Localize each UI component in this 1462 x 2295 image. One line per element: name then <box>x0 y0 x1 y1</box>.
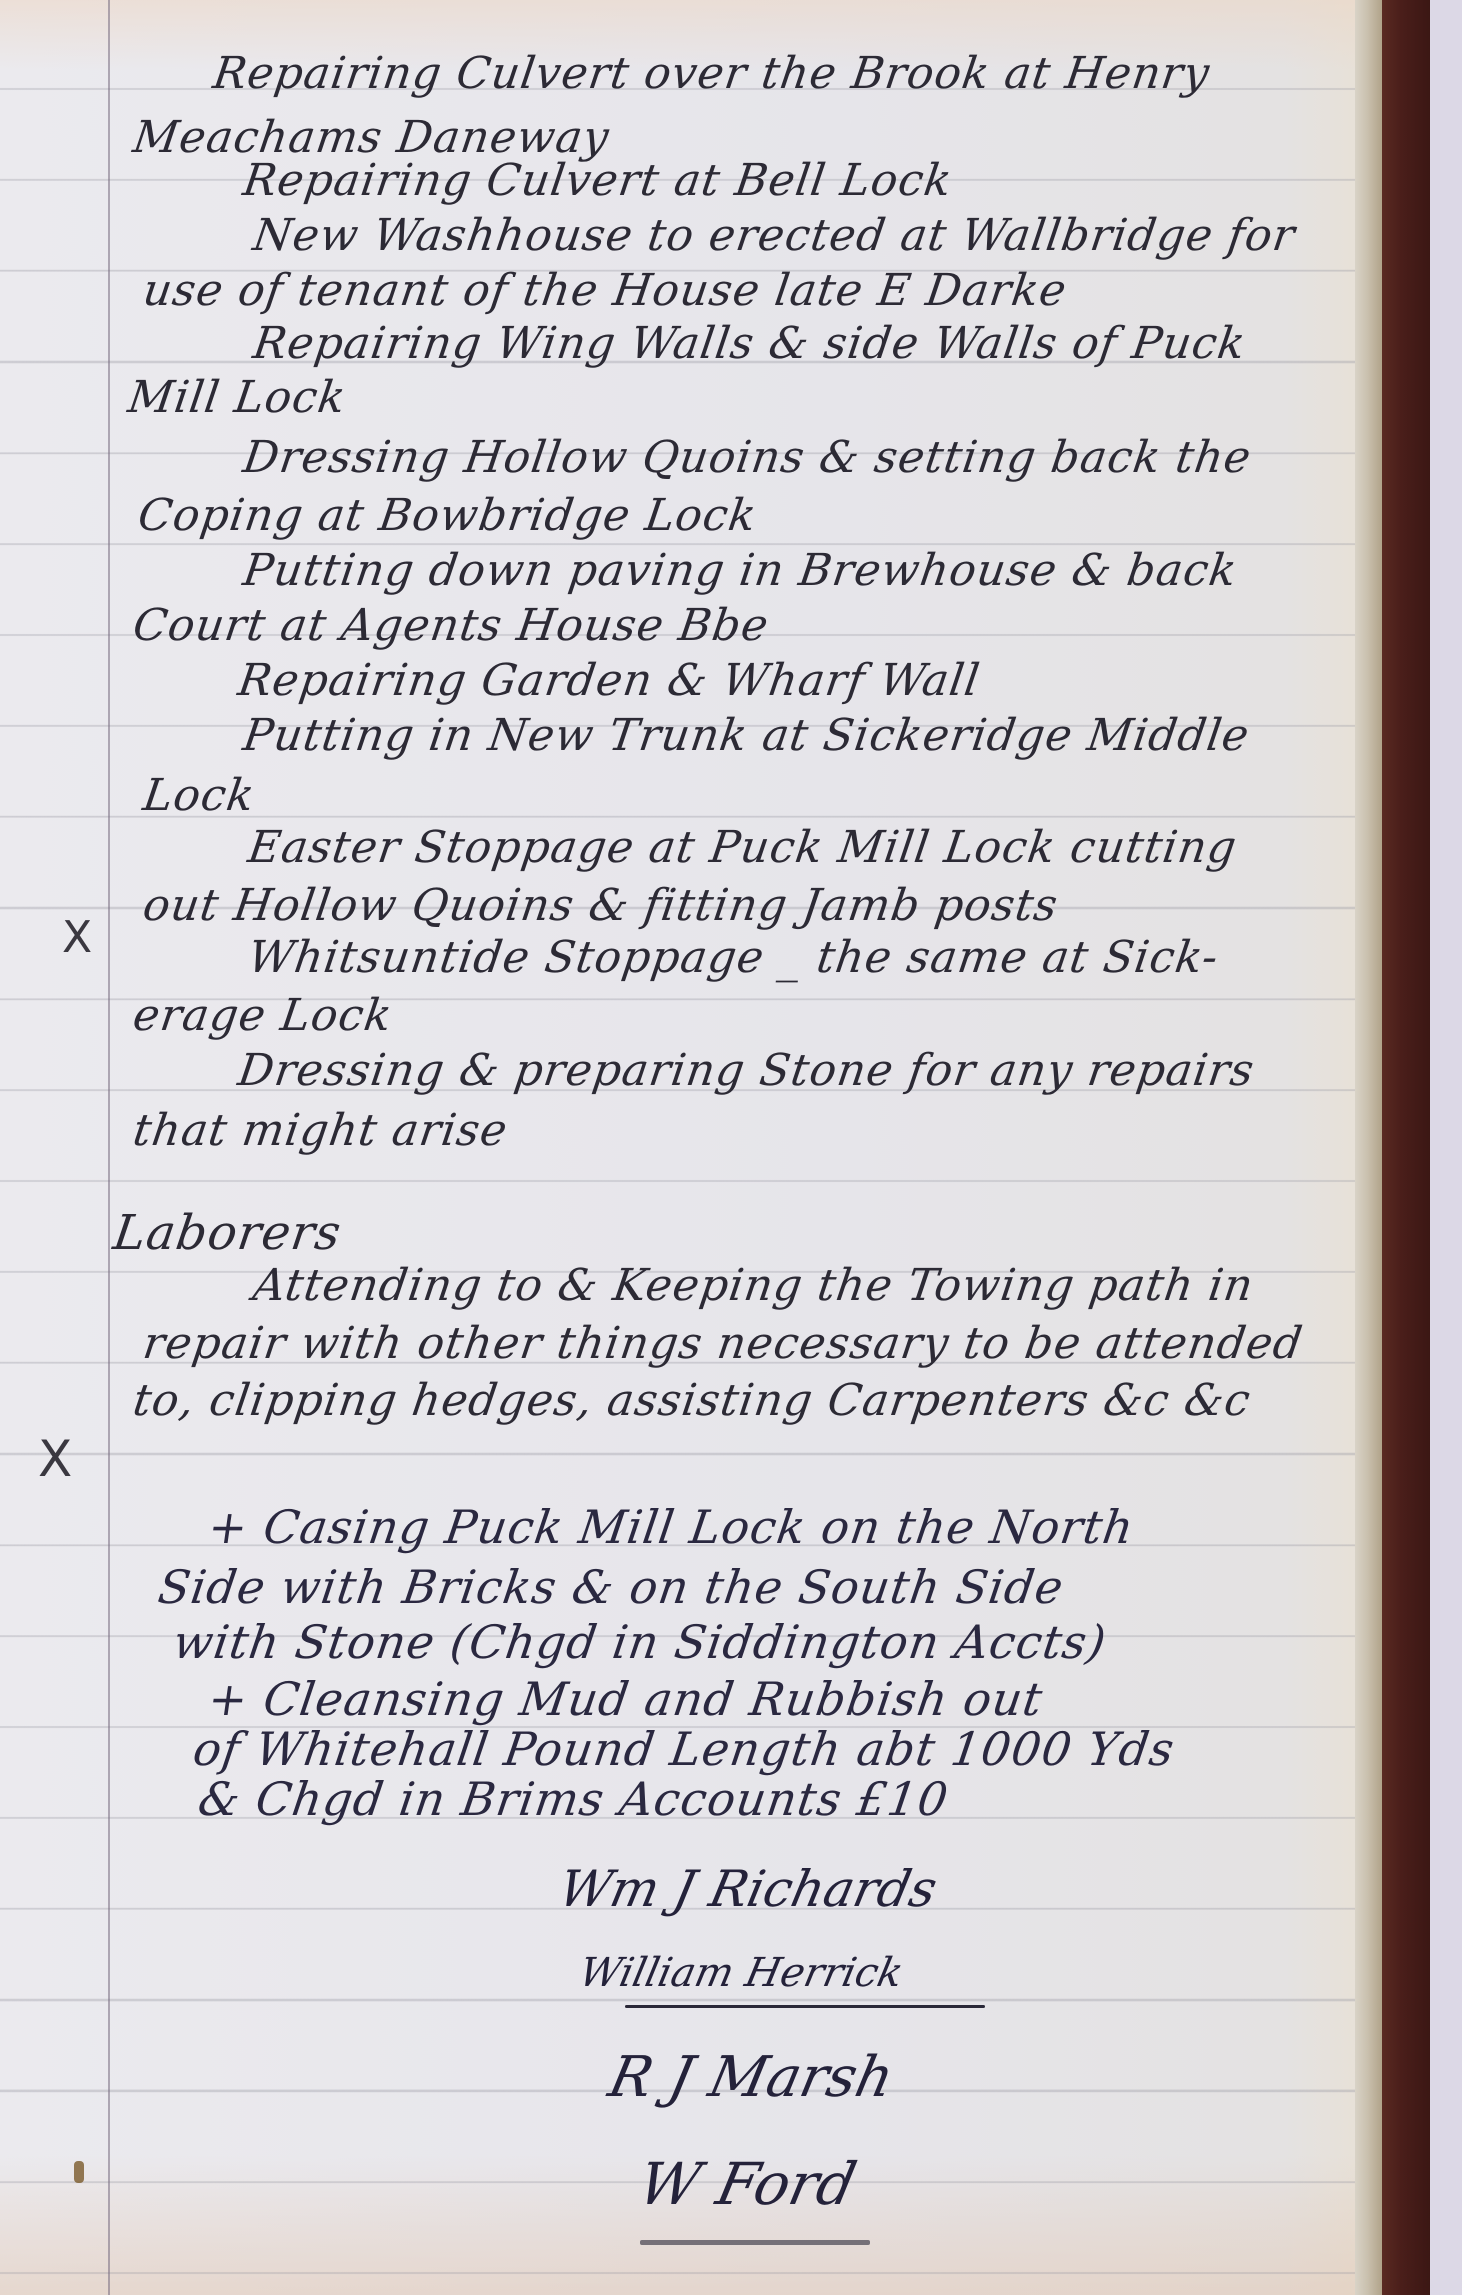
signature-marsh: R J Marsh <box>603 2045 899 2110</box>
laborers-line: repair with other things necessary to be… <box>140 1318 1306 1369</box>
entry-line: Court at Agents House Bbe <box>130 600 772 651</box>
entry-line: Lock <box>140 770 258 821</box>
ink-stain <box>74 2161 84 2183</box>
addition-line: + Cleansing Mud and Rubbish out <box>205 1672 1046 1726</box>
entry-line: Whitsuntide Stoppage _ the same at Sick- <box>245 932 1222 983</box>
entry-line: Repairing Culvert over the Brook at Henr… <box>210 48 1213 99</box>
ledger-page: Repairing Culvert over the Brook at Henr… <box>0 0 1395 2295</box>
entry-line: Dressing Hollow Quoins & setting back th… <box>240 432 1255 483</box>
entry-line: Dressing & preparing Stone for any repai… <box>235 1045 1258 1096</box>
entry-line: Mill Lock <box>125 372 349 423</box>
addition-line: Side with Bricks & on the South Side <box>155 1560 1067 1614</box>
entry-line: Repairing Wing Walls & side Walls of Puc… <box>250 318 1249 369</box>
margin-rule <box>108 0 110 2295</box>
section-heading-laborers: Laborers <box>110 1205 345 1261</box>
entry-line: New Washhouse to erected at Wallbridge f… <box>250 210 1299 261</box>
entry-line: Putting down paving in Brewhouse & back <box>240 545 1241 596</box>
addition-line: of Whitehall Pound Length abt 1000 Yds <box>190 1722 1178 1776</box>
entry-line: that might arise <box>130 1105 511 1156</box>
entry-line: out Hollow Quoins & fitting Jamb posts <box>140 880 1061 931</box>
margin-double-x-mark: X <box>38 1430 72 1488</box>
signature-underline <box>625 2005 985 2008</box>
entry-line: Easter Stoppage at Puck Mill Lock cuttin… <box>245 822 1240 873</box>
entry-line: use of tenant of the House late E Darke <box>140 265 1070 316</box>
book-binding <box>1382 0 1430 2295</box>
background-surface <box>1430 0 1462 2295</box>
signature-ford: W Ford <box>633 2150 862 2218</box>
laborers-line: Attending to & Keeping the Towing path i… <box>250 1260 1257 1311</box>
signature-herrick: William Herrick <box>575 1950 907 1996</box>
entry-line: Coping at Bowbridge Lock <box>135 490 760 541</box>
addition-line: with Stone (Chgd in Siddington Accts) <box>170 1615 1110 1669</box>
entry-line: erage Lock <box>130 990 396 1041</box>
entry-line: Repairing Culvert at Bell Lock <box>240 155 955 206</box>
addition-line: + Casing Puck Mill Lock on the North <box>205 1500 1138 1554</box>
addition-line: & Chgd in Brims Accounts £10 <box>195 1772 952 1826</box>
margin-x-mark: X <box>62 912 92 963</box>
signature-richards: Wm J Richards <box>554 1860 942 1918</box>
entry-line: Putting in New Trunk at Sickeridge Middl… <box>240 710 1253 761</box>
entry-line: Repairing Garden & Wharf Wall <box>235 655 983 706</box>
signature-smudge-line <box>640 2240 870 2245</box>
laborers-line: to, clipping hedges, assisting Carpenter… <box>130 1375 1254 1426</box>
